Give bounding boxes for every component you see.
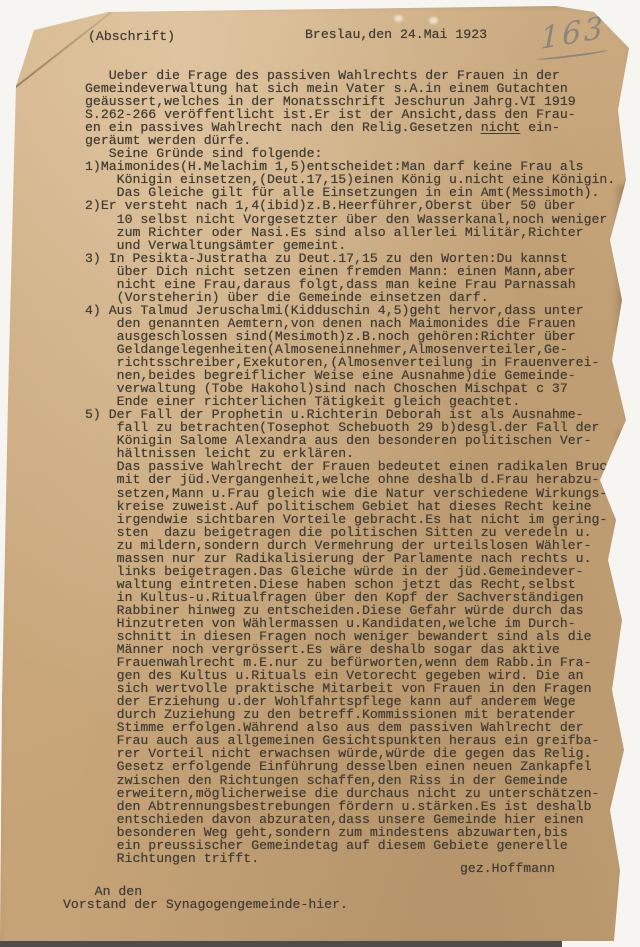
text-line: zu mildern,sondern durch Vermehrung der … <box>85 539 615 552</box>
text-line: sten dazu beigetragen die politischen Si… <box>85 526 615 539</box>
text-line: nicht eine Frau,daraus folgt,dass man ke… <box>85 278 615 291</box>
text-line: 10 selbst nicht Vorgesetzter über den Wa… <box>85 213 615 226</box>
text-line: erweitern,möglicherweise die durchaus ni… <box>85 787 615 800</box>
underlined-word: nicht <box>481 120 521 135</box>
text-line: über Dich nicht setzen einen fremden Man… <box>85 265 615 278</box>
text-line: (Vorsteherin) über die Gemeinde einsetze… <box>85 291 615 304</box>
text-line: Rabbiner hinweg zu entscheiden.Diese Gef… <box>85 604 615 617</box>
text-line: zum Richter oder Nasi.Es sind also aller… <box>85 226 615 239</box>
page-background: { "document": { "label": "(Abschrift)", … <box>0 0 640 947</box>
text-line: kreise zuweist.Auf politischem Gebiet ha… <box>85 500 615 513</box>
closing-line: An den <box>63 885 348 898</box>
closing-address: An den Vorstand der Synagogengemeinde-hi… <box>63 885 348 912</box>
dateline: Breslau,den 24.Mai 1923 <box>305 27 487 42</box>
text-line: Gesetz erfolgende Einführung desselben e… <box>85 760 615 773</box>
closing-line: Vorstand der Synagogengemeinde-hier. <box>63 898 348 911</box>
text-line: 4) Aus Talmud Jeruschalmi(Kidduschin 4,5… <box>85 304 615 317</box>
text-line: den genannten Aemtern,von denen nach Mai… <box>85 317 615 330</box>
text-line: waltung eintreten.Diese haben schon jetz… <box>85 578 615 591</box>
text-line: zwischen den Richtungen schaffen,den Ris… <box>85 774 615 787</box>
text-line: und Verwaltungsämter gemeint. <box>85 239 615 252</box>
text-line: mit der jüd.Vergangenheit,welche ohne de… <box>85 473 615 486</box>
text-line: links beigetragen.Das Gleiche würde in d… <box>85 565 615 578</box>
paper-blemish <box>429 17 438 24</box>
text-line: setzen,Mann u.Frau gleich wie die Natur … <box>85 487 615 500</box>
text-line: in Kultus-u.Ritualfragen über den Kopf d… <box>85 591 615 604</box>
abschrift-label: (Abschrift) <box>88 29 175 44</box>
paper-sheet: (Abschrift) Breslau,den 24.Mai 1923 163 … <box>0 0 640 947</box>
text-line: irgendwie sichtbaren Vorteile gebracht.E… <box>85 513 615 526</box>
signature: gez.Hoffmann <box>460 861 555 876</box>
torn-edge-shadow <box>614 430 626 550</box>
torn-edge-shadow <box>614 185 630 335</box>
text-line: 2)Er versteht nach 1,4(ibid)z.B.Heerführ… <box>85 199 615 212</box>
scanner-edge <box>0 940 562 947</box>
text-line: entschieden davon abzuraten,dass unsere … <box>85 813 615 826</box>
text-line: massen nur zur Radikalisierung der Parla… <box>85 552 615 565</box>
paper-blemish <box>394 15 403 22</box>
text-line: 3) In Pesikta-Justratha zu Deut.17,15 zu… <box>85 252 615 265</box>
document-body: Ueber die Frage des passiven Wahlrechts … <box>85 69 615 865</box>
text-line: ein preussischer Gemeindetag auf diesem … <box>85 839 615 852</box>
text-line: besonderen Weg geht,sondern zum mindeste… <box>85 826 615 839</box>
text-line: den Abtrennungsbestrebungen fördern u.st… <box>85 800 615 813</box>
